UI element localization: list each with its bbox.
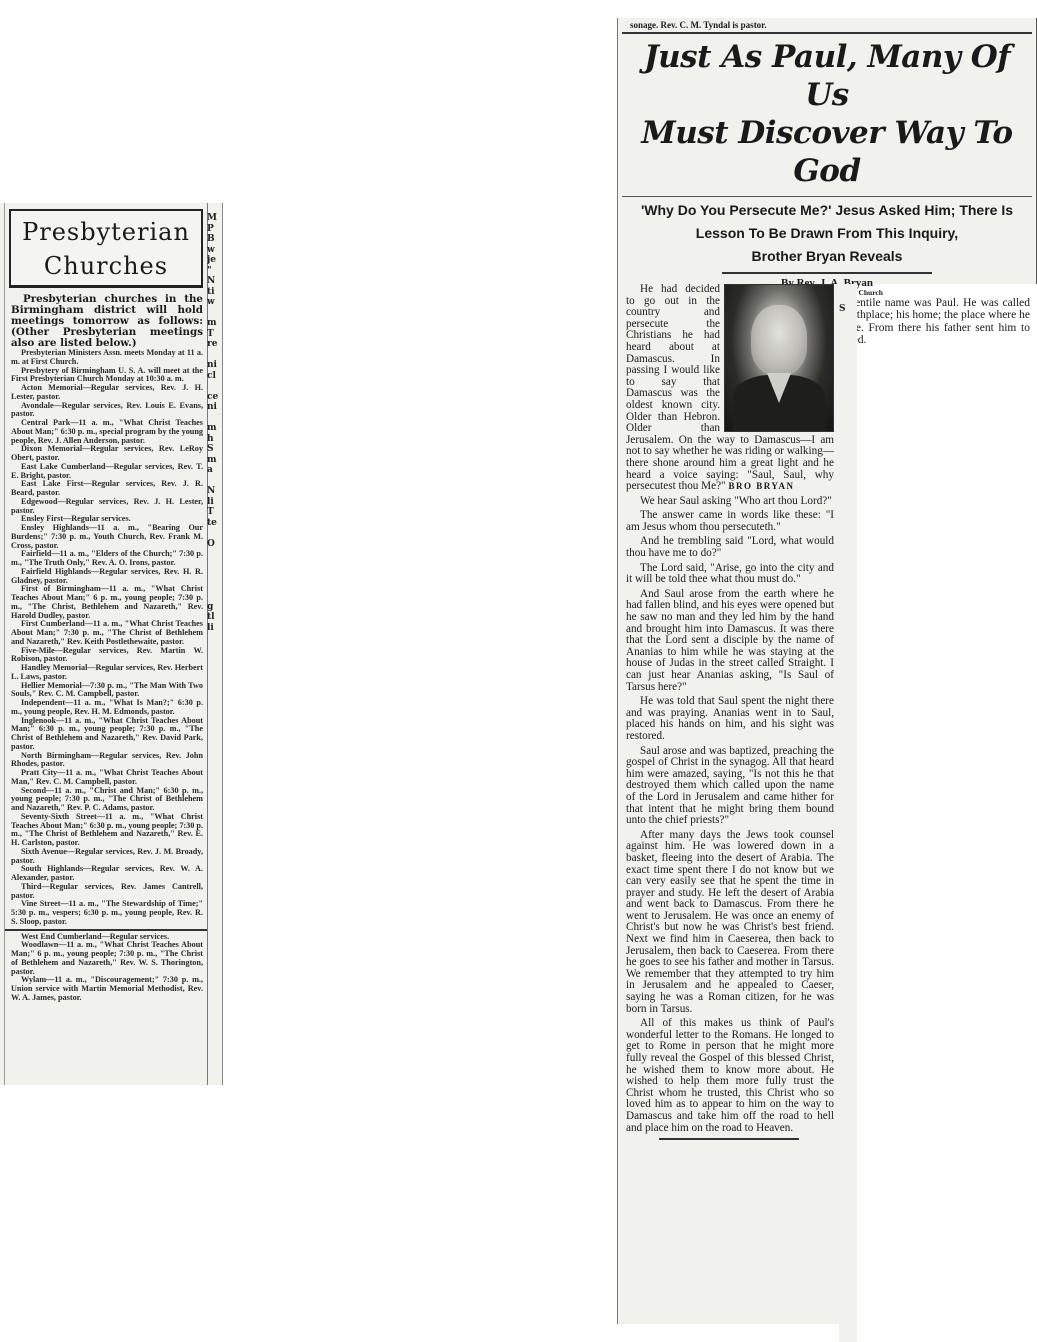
fragment-glyph: te xyxy=(207,518,222,529)
church-listing: Handley Memorial—Regular services, Rev. … xyxy=(11,664,203,682)
fragment-glyph: ti xyxy=(207,287,222,298)
fragment-glyph xyxy=(207,581,222,592)
deck: 'Why Do You Persecute Me?' Jesus Asked H… xyxy=(622,196,1032,268)
church-listing: Inglenook—11 a. m., "What Christ Teaches… xyxy=(11,717,203,752)
article-paragraph: The answer came in words like these: "I … xyxy=(626,510,834,533)
article-body-column: He had decided to go out in the country … xyxy=(617,284,840,1324)
fragment-glyph xyxy=(207,350,222,361)
church-listing: Dixon Memorial—Regular services, Rev. Le… xyxy=(11,445,203,463)
church-listing: First Cumberland—11 a. m., "What Christ … xyxy=(11,620,203,646)
fragment-glyph: tl xyxy=(207,612,222,623)
article-header: sonage. Rev. C. M. Tyndal is pastor. Jus… xyxy=(617,18,1037,284)
author-photo xyxy=(724,284,834,432)
church-listing: Sixth Avenue—Regular services, Rev. J. M… xyxy=(11,848,203,866)
church-listing: First of Birmingham—11 a. m., "What Chri… xyxy=(11,585,203,620)
listing-column: Presbyterian Churches Presbyterian churc… xyxy=(4,203,208,1085)
article-paragraph: Saul arose and was baptized, preaching t… xyxy=(626,746,834,827)
church-listing: Edgewood—Regular services, Rev. J. H. Le… xyxy=(11,498,203,516)
portrait-face xyxy=(751,305,807,375)
fragment-glyph: ni xyxy=(207,402,222,413)
church-listing: Hellier Memorial—7:30 p. m., "The Man Wi… xyxy=(11,682,203,700)
fragment-glyph xyxy=(207,381,222,392)
church-listing: Ensley Highlands—11 a. m., "Bearing Our … xyxy=(11,524,203,550)
church-listing: Pratt City—11 a. m., "What Christ Teache… xyxy=(11,769,203,787)
church-listing: Acton Memorial—Regular services, Rev. J.… xyxy=(11,384,203,402)
church-listing: North Birmingham—Regular services, Rev. … xyxy=(11,752,203,770)
fragment-glyph xyxy=(207,560,222,571)
church-listing: East Lake Cumberland—Regular services, R… xyxy=(11,463,203,481)
church-listing: Second—11 a. m., "Christ and Man;" 6:30 … xyxy=(11,787,203,813)
fragment-glyph: cl xyxy=(207,371,222,382)
church-listing: Vine Street—11 a. m., "The Stewardship o… xyxy=(11,900,203,926)
section-heading: Presbyterian Churches xyxy=(9,209,203,288)
church-listing: Third—Regular services, Rev. James Cantr… xyxy=(11,883,203,901)
fragment-glyph: O xyxy=(207,539,222,550)
church-listing: Five-Mile—Regular services, Rev. Martin … xyxy=(11,647,203,665)
church-listing: East Lake First—Regular services, Rev. J… xyxy=(11,480,203,498)
fragment-glyph: re xyxy=(207,339,222,350)
fragment-glyph xyxy=(855,304,857,314)
fragment-glyph xyxy=(207,308,222,319)
photo-caption: BRO BRYAN xyxy=(728,481,794,491)
fragment-glyph: " xyxy=(207,266,222,277)
presbyterian-churches-clipping: Presbyterian Churches Presbyterian churc… xyxy=(0,203,223,1085)
fragment-glyph: li xyxy=(207,623,222,634)
church-listing: Fairfield Highlands—Regular services, Re… xyxy=(11,568,203,586)
fragment-glyph xyxy=(207,413,222,424)
fragment-glyph: m xyxy=(207,318,222,329)
church-listing: Presbyterian Ministers Assn. meets Monda… xyxy=(11,349,203,367)
fragment-glyph: w xyxy=(207,245,222,256)
fragment-glyph: a xyxy=(207,465,222,476)
headline: Just As Paul, Many Of Us Must Discover W… xyxy=(618,38,1036,190)
church-listings-continued: West End Cumberland—Regular services.Woo… xyxy=(5,933,207,1003)
church-listing: Independent—11 a. m., "What Is Man?;" 6:… xyxy=(11,699,203,717)
fragment-glyph xyxy=(207,570,222,581)
column-rule xyxy=(5,929,207,931)
article-paragraph: And he trembling said "Lord, what would … xyxy=(626,536,834,559)
fragment-glyph: N xyxy=(207,486,222,497)
fragment-glyph: B xyxy=(207,234,222,245)
article-paragraph: He had decided to go out in the country … xyxy=(626,284,834,493)
bryan-article-clipping: sonage. Rev. C. M. Tyndal is pastor. Jus… xyxy=(617,18,1037,1324)
church-listing: Fairfield—11 a. m., "Elders of the Churc… xyxy=(11,550,203,568)
fragment-glyph: m xyxy=(207,455,222,466)
article-paragraph: The Lord said, "Arise, go into the city … xyxy=(626,563,834,586)
intro-paragraph: Presbyterian churches in the Birmingham … xyxy=(5,294,207,349)
fragment-glyph xyxy=(207,549,222,560)
adjacent-column-fragment: S MCWa. UJtl'sboM WdiootlleU 9wht xyxy=(839,284,857,1342)
fragment-glyph: m xyxy=(207,423,222,434)
fragment-glyph: je xyxy=(207,255,222,266)
deck-line-2: Lesson To Be Drawn From This Inquiry, xyxy=(622,222,1032,245)
church-listing: Wylam—11 a. m., "Discouragement;" 7:30 p… xyxy=(11,976,203,1002)
fragment-glyph: P xyxy=(207,224,222,235)
headline-line-1: Just As Paul, Many Of Us xyxy=(618,38,1036,114)
fragment-glyph: S xyxy=(207,444,222,455)
church-listing: Avondale—Regular services, Rev. Louis E.… xyxy=(11,402,203,420)
article-paragraph: All of this makes us think of Paul's won… xyxy=(626,1018,834,1134)
fragment-glyph: li xyxy=(207,497,222,508)
article-paragraph: And Saul arose from the earth where he h… xyxy=(626,589,834,693)
fragment-glyph: ni xyxy=(207,360,222,371)
article-paragraph: After many days the Jews took counsel ag… xyxy=(626,830,834,1016)
fragment-glyph: h xyxy=(207,434,222,445)
fragment-glyph: T xyxy=(207,507,222,518)
church-listing: Central Park—11 a. m., "What Christ Teac… xyxy=(11,419,203,445)
fragment-glyph: M xyxy=(207,213,222,224)
fragment-glyph: T xyxy=(207,329,222,340)
fragment-glyph xyxy=(207,591,222,602)
fragment-glyph: g xyxy=(207,602,222,613)
church-listing: Woodlawn—11 a. m., "What Christ Teaches … xyxy=(11,941,203,976)
fragment-glyph: w xyxy=(207,297,222,308)
deck-line-3: Brother Bryan Reveals xyxy=(622,245,1032,268)
deck-rule xyxy=(722,272,932,274)
fragment-glyph: N xyxy=(207,276,222,287)
fragment-glyph: ce xyxy=(207,392,222,403)
church-listing: Presbytery of Birmingham U. S. A. will m… xyxy=(11,367,203,385)
previous-item-tail: sonage. Rev. C. M. Tyndal is pastor. xyxy=(622,18,1032,34)
article-paragraph: We hear Saul asking "Who art thou Lord?" xyxy=(626,496,834,508)
article-body: He had decided to go out in the country … xyxy=(618,284,840,1134)
adjacent-column-fragment: MPBwje"Ntiw mTre nicl ceni mhSma NliTte … xyxy=(207,203,222,1095)
headline-line-2: Must Discover Way To God xyxy=(618,114,1036,190)
end-rule xyxy=(659,1138,799,1140)
deck-line-1: 'Why Do You Persecute Me?' Jesus Asked H… xyxy=(622,199,1032,222)
fragment-glyph xyxy=(207,476,222,487)
church-listing: South Highlands—Regular services, Rev. W… xyxy=(11,865,203,883)
church-listing: Seventy-Sixth Street—11 a. m., "What Chr… xyxy=(11,813,203,848)
church-listings: Presbyterian Ministers Assn. meets Monda… xyxy=(5,349,207,927)
fragment-glyph xyxy=(207,528,222,539)
article-paragraph: He was told that Saul spent the night th… xyxy=(626,696,834,742)
